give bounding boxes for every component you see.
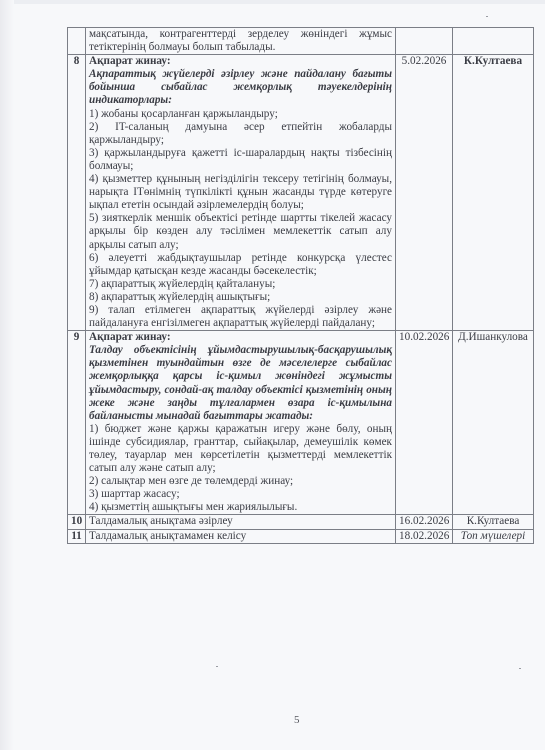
row-item: 7) ақпараттық жүйелердің қайталануы; bbox=[89, 278, 392, 291]
table-row-11: 11 Талдамалық анықтамамен келісу 18.02.2… bbox=[68, 529, 534, 543]
row-number: 11 bbox=[68, 529, 86, 543]
scan-speck bbox=[216, 666, 218, 667]
row-description: Талдамалық анықтамамен келісу bbox=[86, 529, 396, 543]
row-description: мақсатында, контрагенттерді зерделеу жөн… bbox=[86, 28, 396, 55]
row-description: Ақпарат жинау: Ақпараттық жүйелерді әзір… bbox=[86, 55, 396, 331]
row-number: 8 bbox=[68, 55, 86, 331]
row-date: 5.02.2026 bbox=[396, 55, 453, 331]
row-responsible bbox=[453, 28, 534, 55]
row-date bbox=[396, 28, 453, 55]
row-item: 6) әлеуетті жабдықтаушылар ретінде конку… bbox=[89, 252, 392, 278]
row-date: 16.02.2026 bbox=[396, 515, 453, 529]
row-item: 3) шарттар жасасу; bbox=[89, 488, 392, 501]
row-item: 5) зияткерлік меншік объектісі ретінде ш… bbox=[89, 212, 392, 251]
plan-table: мақсатында, контрагенттерді зерделеу жөн… bbox=[67, 27, 534, 544]
row-subheading: Ақпараттық жүйелерді әзірлеу және пайдал… bbox=[89, 68, 392, 107]
row-item: 2) салықтар мен өзге де төлемдерді жинау… bbox=[89, 475, 392, 488]
row-number: 9 bbox=[68, 331, 86, 515]
row-item: 8) ақпараттық жүйелердің ашықтығы; bbox=[89, 291, 392, 304]
page-number: 5 bbox=[294, 714, 300, 726]
row-item: мақсатында, контрагенттерді зерделеу жөн… bbox=[89, 28, 392, 53]
row-heading: Ақпарат жинау: bbox=[89, 55, 392, 68]
row-item: 3) қаржыландыруға қажетті іс-шаралардың … bbox=[89, 147, 392, 173]
row-description: Талдамалық анықтама әзірлеу bbox=[86, 515, 396, 529]
row-item: 9) талап етілмеген ақпараттық жүйелерді … bbox=[89, 304, 392, 330]
table-row-9: 9 Ақпарат жинау: Талдау объектісінің ұйы… bbox=[68, 331, 534, 515]
scan-top-edge bbox=[0, 0, 545, 4]
table-row-8: 8 Ақпарат жинау: Ақпараттық жүйелерді әз… bbox=[68, 55, 534, 331]
row-subheading: Талдау объектісінің ұйымдастырушылық-бас… bbox=[89, 344, 392, 423]
row-heading: Ақпарат жинау: bbox=[89, 331, 392, 344]
table-row-continued: мақсатында, контрагенттерді зерделеу жөн… bbox=[68, 28, 534, 55]
row-item: 1) жобаны қосарланған қаржыландыру; bbox=[89, 108, 392, 121]
row-item: 1) бюджет және қаржы қаражатын игеру жән… bbox=[89, 423, 392, 475]
row-number: 10 bbox=[68, 515, 86, 529]
row-date: 10.02.2026 bbox=[396, 331, 453, 515]
scan-left-edge bbox=[0, 0, 14, 750]
row-description: Ақпарат жинау: Талдау объектісінің ұйымд… bbox=[86, 331, 396, 515]
row-responsible: Топ мүшелері bbox=[453, 529, 534, 543]
scan-speck bbox=[519, 668, 521, 669]
row-responsible: К.Култаева bbox=[453, 515, 534, 529]
scan-speck bbox=[486, 16, 488, 17]
table-row-10: 10 Талдамалық анықтама әзірлеу 16.02.202… bbox=[68, 515, 534, 529]
row-responsible: Д.Ишанкулова bbox=[453, 331, 534, 515]
row-item: 4) қызметтер құнының негізділігін тексер… bbox=[89, 173, 392, 212]
row-date: 18.02.2026 bbox=[396, 529, 453, 543]
row-item: 4) қызметтің ашықтығы мен жариялылығы. bbox=[89, 501, 392, 514]
row-responsible: К.Култаева bbox=[453, 55, 534, 331]
row-number bbox=[68, 28, 86, 55]
row-item: 2) IT-саланың дамуына әсер етпейтін жоба… bbox=[89, 121, 392, 147]
